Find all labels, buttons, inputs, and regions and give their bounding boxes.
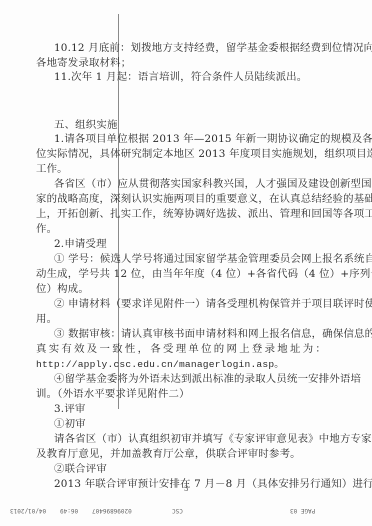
fax-footer-left: PAGE 03 [290,507,315,514]
fax-footer-time: 06:49 [60,507,78,514]
text-line: 2.申请受理 [54,238,354,251]
text-line: ② 申请材料（要求详见附件一）请各受理机构保管并于项目联评时使 [54,298,354,311]
text-line: 1.请各项目单位根据 2013 年—2015 年新一期协议确定的规模及各单 [54,133,354,146]
text-line: 上，开拓创新、扎实工作，统筹协调好选拔、派出、管理和回国等各项工 [36,208,336,221]
text-line: 10.12 月底前：划拨地方支持经费，留学基金委根据经费到位情况向 [54,42,354,55]
document-page: 10.12 月底前：划拨地方支持经费，留学基金委根据经费到位情况向各地寄发录取材… [0,0,372,526]
text-line: 位）构成。 [36,283,336,296]
text-line: 训。（外语水平要求详见附件二） [36,388,336,401]
text-line[interactable]: http://apply.csc.edu.cn/managerlogin.asp… [36,358,336,371]
text-line: 各省区（市）应从贯彻落实国家科教兴国，人才强国及建设创新型国 [54,178,354,191]
text-line: 作。 [36,223,336,236]
text-line: 工作。 [36,163,336,176]
text-line: 3.评审 [54,403,354,416]
text-line: 请各省区（市）认真组织初审并填写《专家评审意见表》中地方专家 [54,433,354,446]
text-line: 各地寄发录取材料； [36,57,336,70]
text-line: ④留学基金委将为外语未达到派出标准的录取人员统一安排外语培 [54,373,354,386]
text-line: ① 学号：候选人学号将通过国家留学基金管理委员会网上报名系统自 [54,253,354,266]
text-line: 2013 年联合评审预计安排在 7 月－8 月（具体安排另行通知）进行。 [54,478,354,491]
text-line: 及教育厅意见，并加盖教育厅公章，供联合评审时参考。 [36,448,336,461]
page-number: 3 [184,485,188,493]
text-line: 位实际情况，具体研究制定本地区 2013 年度项目实施规划，组织项目选派 [36,148,336,161]
text-line: ②联合评审 [54,463,354,476]
text-line: 动生成，学号共 12 位，由当年年度（4 位）+各省代码（4 位）+序列号（4 [36,268,336,281]
text-line: 家的战略高度，深刻认识实施两项目的重要意义，在认真总结经验的基础 [36,193,336,206]
fax-footer-number: 02096896407 [92,507,132,514]
text-line: 11.次年 1 月起：语言培训，符合条件人员陆续派出。 [54,71,354,84]
text-line: ③ 数据审核：请认真审核书面申请材料和网上报名信息，确保信息的 [54,328,354,341]
text-line: 五、组织实施 [54,119,354,132]
text-line: 真实有效及一致性，各受理单位的网上登录地址为： [36,343,326,356]
text-line: ①初审 [54,418,354,431]
text-line: 用。 [36,313,336,326]
fax-footer-date: 04/01/2013 [10,507,46,514]
fax-footer-center: CSC [172,507,183,514]
